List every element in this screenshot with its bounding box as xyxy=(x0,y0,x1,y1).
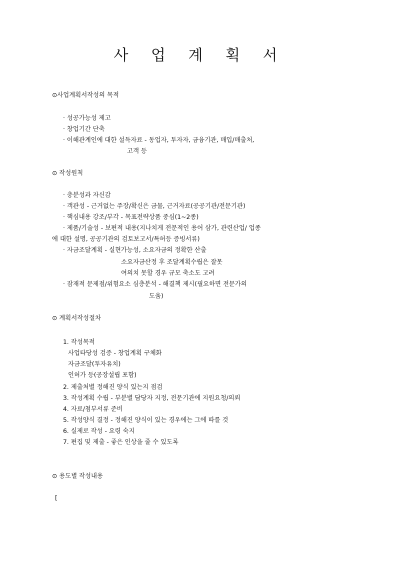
list-item-continuation: 도움) xyxy=(149,293,163,301)
list-item: · 잠재적 문제점/위험요소 심층분석 - 해결책 제시(필요하면 전문가의 xyxy=(63,281,247,289)
list-item-continuation: 소요자금산정 후 조달계획수립은 잘못 xyxy=(121,259,223,267)
list-item: · 성공가능성 제고 xyxy=(63,115,111,123)
section-heading-principles: ⊙ 작성원칙 xyxy=(52,170,83,178)
list-item: 인허가 등(공장설립 포함) xyxy=(68,372,137,380)
list-item: · 충분성과 자신감 xyxy=(63,192,111,200)
list-item-continuation: 여의치 못할 경우 규모 축소도 고려 xyxy=(121,270,215,278)
list-item: · 이해관계인에 대한 설득자료 - 동업자, 투자자, 금융기관, 매입/매출… xyxy=(63,137,254,145)
list-item: 2. 제출처별 정해진 양식 있는지 점검 xyxy=(63,384,162,392)
bracket-start: [ xyxy=(55,495,57,503)
document-page: 사 업 계 획 서 ⊙사업계획서작성의 목적 · 성공가능성 제고 · 창업기간… xyxy=(0,0,400,565)
section-heading-procedure: ⊙ 계획서작성절차 xyxy=(52,315,101,323)
list-item: · 제품/기술성 - 보편적 내용(지나치게 전문적인 용어 삼가, 관련산업/… xyxy=(63,225,261,233)
list-item: · 객관성 - 근거없는 주장/확신은 금물, 근거자료(공공기관/전문기관) xyxy=(63,203,245,211)
list-item: 6. 실제로 작성 - 요령 숙지 xyxy=(63,428,135,436)
document-title: 사 업 계 획 서 xyxy=(0,44,400,65)
list-item: 1. 작성목적 xyxy=(63,339,95,347)
list-item: · 핵심내용 강조/부각 - 목표전략상품 중심(1~2종) xyxy=(63,214,199,222)
list-item: 7. 편집 및 제출 - 좋은 인상을 줄 수 있도록 xyxy=(63,439,179,447)
list-item-continuation: 에 대한 설명, 공공기관의 검토보고서/특허등 증빙서류) xyxy=(52,236,200,244)
list-item: · 자금조달계획 - 실현가능성, 소요자금의 정확한 산출 xyxy=(63,247,207,255)
section-heading-by-purpose: ⊙ 용도별 작성내용 xyxy=(52,473,103,481)
list-item: 사업타당성 검증 - 창업계획 구체화 xyxy=(68,350,162,358)
list-item-continuation: 고객 등 xyxy=(127,148,147,156)
list-item: · 창업기간 단축 xyxy=(63,126,105,134)
list-item: 자금조달(투자유치) xyxy=(68,361,121,369)
list-item: 4. 자료/첨부서류 준비 xyxy=(63,406,123,414)
section-heading-purpose: ⊙사업계획서작성의 목적 xyxy=(52,92,119,100)
list-item: 3. 작성계획 수립 - 부분별 담당자 지정, 전문기관에 지원요청/의뢰 xyxy=(63,395,240,403)
list-item: 5. 작성양식 결정 - 정해진 양식이 있는 경우에는 그에 따를 것 xyxy=(63,417,228,425)
